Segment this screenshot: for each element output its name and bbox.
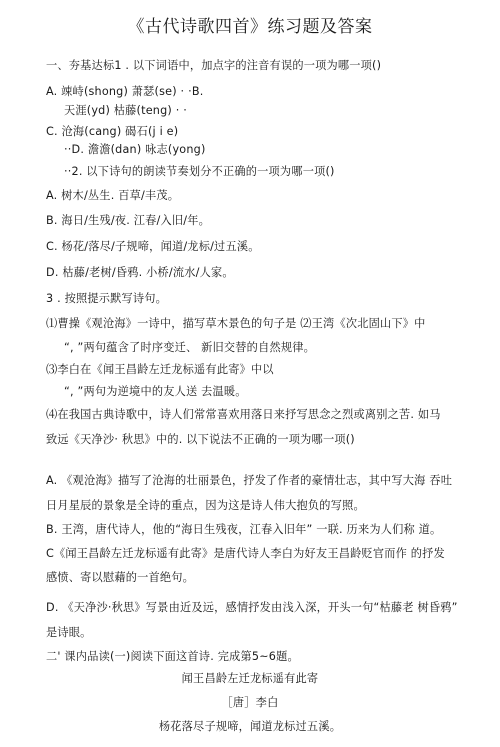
q4-option-c: C《闻王昌龄左迁龙标遥有此寄》是唐代诗人李白为好友王昌龄贬官而作 的抒发 bbox=[46, 545, 445, 561]
q3-item-3-cont: “, ”两句为逆境中的友人送 去温暖。 bbox=[64, 383, 247, 399]
q1-option-d: ··D. 澹澹(dan) 咏志(yong) bbox=[64, 141, 206, 157]
q3-item-1-2: ⑴曹操《观沧海》一诗中，描写草木景色的句子是 ⑵王湾《次北固山下》中 bbox=[46, 315, 426, 331]
q3-item-4-cont: 致远《天净沙· 秋思》中的. 以下说法不正确的一项为哪一项() bbox=[46, 431, 355, 447]
q1-option-a: A. 竦峙(shong) 萧瑟(se) · ·B. bbox=[46, 83, 203, 99]
section-2-heading: 二' 课内品读(一)阅读下面这首诗. 完成第5~6题。 bbox=[46, 648, 299, 664]
q4-option-d-cont: 是诗眼。 bbox=[46, 624, 92, 640]
q4-option-c-cont: 感愤、寄以慰藉的一首绝句。 bbox=[46, 569, 194, 585]
document-page: 《古代诗歌四首》练习题及答案 一、夯基达标1 . 以下词语中，加点字的注音有误的… bbox=[0, 0, 500, 747]
poem-author: ［唐］李白 bbox=[0, 694, 500, 710]
q2-option-b: B. 海日/生残/夜. 江春/入旧/年。 bbox=[46, 212, 210, 228]
q2-option-a: A. 树木/丛生. 百草/丰茂。 bbox=[46, 187, 179, 203]
q4-option-a-cont: 日月星辰的景象是全诗的重点，因为这是诗人伟大抱负的写照。 bbox=[46, 497, 365, 513]
document-title: 《古代诗歌四首》练习题及答案 bbox=[0, 12, 500, 37]
q4-option-a: A. 《观沧海》描写了沧海的壮丽景色，抒发了作者的豪情壮志，其中写大海 吞吐 bbox=[46, 472, 452, 488]
q3-item-4: ⑷在我国古典诗歌中，诗人们常常喜欢用落日来抒写思念之烈或离别之苦. 如马 bbox=[46, 406, 441, 422]
q3-item-3: ⑶李白在《闻王昌龄左迁龙标遥有此寄》中以 bbox=[46, 361, 274, 377]
q4-option-b: B. 王湾，唐代诗人，他的“海日生残夜，江春入旧年” 一联. 历来为人们称 道。 bbox=[46, 521, 441, 537]
q2-option-c: C. 杨花/落尽/子规啼，闻道/龙标/过五溪。 bbox=[46, 238, 260, 254]
q2-option-d: D. 枯藤/老树/昏鸦. 小桥/流水/人家。 bbox=[46, 264, 234, 280]
poem-line-1: 杨花落尽子规啼，闻道龙标过五溪。 bbox=[0, 718, 500, 734]
question-3: 3 . 按照提示默写诗句。 bbox=[46, 290, 167, 306]
poem-title: 闻王昌龄左迁龙标遥有此寄 bbox=[0, 670, 500, 686]
q1-option-c: C. 沧海(cang) 碣石(j i e) bbox=[46, 123, 178, 139]
q3-item-2-cont: “, ”两句蕴含了时序变迁、 新旧交替的自然规律。 bbox=[64, 339, 315, 355]
section-1-question-1: 一、夯基达标1 . 以下词语中，加点字的注音有误的一项为哪一项() bbox=[46, 57, 381, 73]
q4-option-d: D. 《天净沙·秋思》写景由近及远，感情抒发由浅入深，开头一句“枯藤老 树昏鸦” bbox=[46, 599, 458, 615]
question-2: ··2. 以下诗句的朗读节奏划分不正确的一项为哪一项() bbox=[64, 163, 335, 179]
q1-option-b: 天涯(yd) 枯藤(teng) · · bbox=[64, 102, 187, 118]
